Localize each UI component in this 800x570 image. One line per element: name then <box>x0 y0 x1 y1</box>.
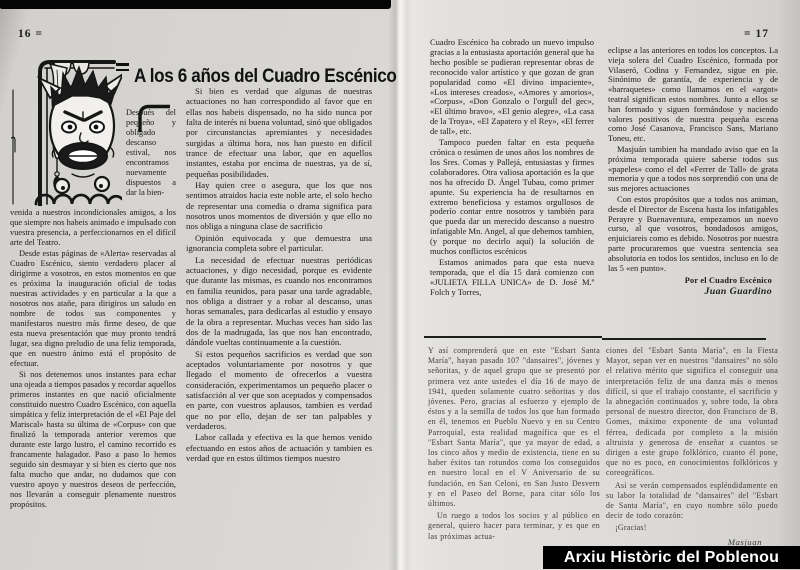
page-marker: = <box>744 28 752 40</box>
paragraph: Si estos pequeños sacrificios es verdad … <box>186 349 372 432</box>
paragraph: ciones del "Esbart Santa María", en la F… <box>606 346 778 479</box>
signature-name: Juan Guardino <box>608 287 772 297</box>
paragraph: Hay quien cree o asegura, que los que no… <box>186 180 372 232</box>
right-column-1-article2: Y así comprenderá que en este "Esbart Sa… <box>428 346 600 558</box>
paragraph: Con estos propósitos que a todos nos ani… <box>608 195 778 273</box>
page-number-left: 16 = <box>18 28 43 40</box>
paragraph: Un ruego a todos los socios y al público… <box>428 511 600 542</box>
page-number: 16 <box>18 28 32 40</box>
paragraph: Así se verán compensados espléndidamente… <box>606 481 778 522</box>
page-marker: = <box>35 28 43 40</box>
right-column-2: eclipse a las anteriores en todos los co… <box>608 46 778 336</box>
title-dash-marks <box>116 63 129 74</box>
article-title: A los 6 años del Cuadro Escénico <box>134 66 396 88</box>
paragraph: ¡Gracias! <box>606 523 778 533</box>
paragraph: Labor callada y efectiva es la que hemos… <box>186 432 372 463</box>
article-divider <box>424 336 602 338</box>
right-column-2-article2: ciones del "Esbart Santa María", en la F… <box>606 346 778 564</box>
page-number-right: = 17 <box>744 28 769 40</box>
magazine-spread: 16 = = 17 A los 6 años del Cuadro Escéni… <box>0 0 800 570</box>
theatre-mask-illustration <box>10 46 122 206</box>
paragraph: La necesidad de efectuar nuestras periód… <box>186 255 372 348</box>
paragraph: Tampoco pueden faltar en esta pequeña cr… <box>430 138 594 257</box>
paragraph: Estamos animados para que esta nueva tem… <box>430 258 594 298</box>
paragraph: Masjuán tambien ha mandado aviso que en … <box>608 145 778 194</box>
paragraph: eclipse a las anteriores en todos los co… <box>608 46 778 144</box>
paragraph: venida a nuestros incondicionales amigos… <box>10 208 176 248</box>
paragraph: Opinión equivocada y que demuestra una i… <box>186 233 372 254</box>
signature-role: Por el Cuadro Escénico <box>608 276 772 286</box>
paragraph: Si bien es verdad que algunas de nuestra… <box>186 86 372 179</box>
left-column-2: Si bien es verdad que algunas de nuestra… <box>186 86 372 564</box>
paragraph: Y así comprenderá que en este "Esbart Sa… <box>428 346 600 509</box>
article-divider <box>602 338 766 340</box>
paragraph: Desde estas páginas de «Alerta» reservad… <box>10 249 176 369</box>
page-number: 17 <box>755 28 769 40</box>
right-column-1: Cuadro Escénico ha cobrado un nuevo impu… <box>430 38 594 336</box>
scan-edge-strip <box>0 0 391 9</box>
left-column-1: Después del pequeño y obligado descanso … <box>10 46 176 560</box>
paragraph: Cuadro Escénico ha cobrado un nuevo impu… <box>430 38 594 137</box>
paragraph: Si nos detenemos unos instantes para ech… <box>10 370 176 510</box>
archive-watermark-bar: Arxiu Històric del Poblenou <box>543 546 800 569</box>
article-signature: Por el Cuadro Escénico Juan Guardino <box>608 276 778 297</box>
